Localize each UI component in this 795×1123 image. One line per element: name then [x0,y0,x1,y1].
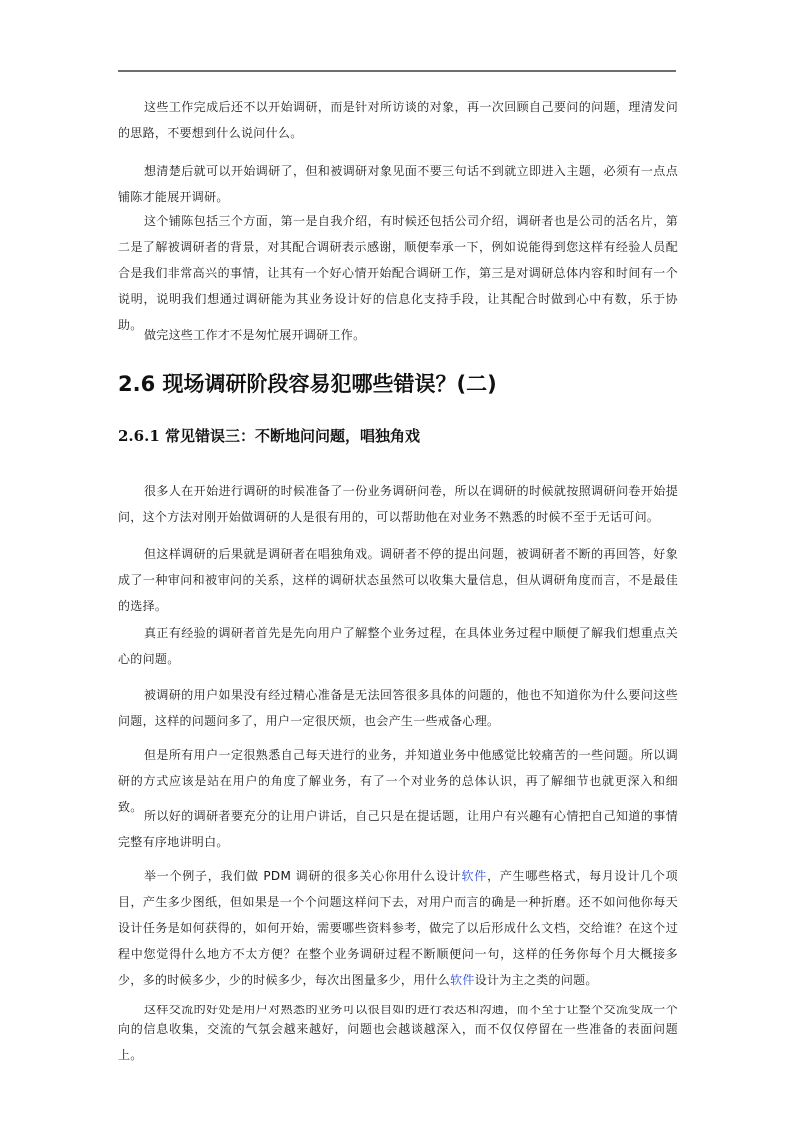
paragraph: 很多人在开始进行调研的时候准备了一份业务调研问卷，所以在调研的时候就按照调研问卷… [118,478,678,530]
paragraph: 这些工作完成后还不以开始调研，而是针对所访谈的对象，再一次回顾自己要问的问题，理… [118,94,678,146]
software-link[interactable]: 软件 [450,973,475,987]
paragraph: 被调研的用户如果没有经过精心准备是无法回答很多具体的问题的，他也不知道你为什么要… [118,682,678,734]
paragraph: 做完这些工作才不是匆忙展开调研工作。 [118,322,678,348]
paragraph: 所以好的调研者要充分的让用户讲话，自己只是在提话题，让用户有兴趣有心情把自己知道… [118,803,678,855]
section-heading: 2.6 现场调研阶段容易犯哪些错误？(二) [118,368,497,398]
subsection-heading: 2.6.1 常见错误三：不断地问问题，唱独角戏 [118,425,420,446]
example-paragraph: 举一个例子，我们做 PDM 调研的很多关心你用什么设计软件，产生哪些格式，每月设… [118,863,678,993]
pdm-term: PDM [263,869,291,883]
paragraph: 想清楚后就可以开始调研了，但和被调研对象见面不要三句话不到就立即进入主题，必须有… [118,158,678,210]
paragraph: 真正有经验的调研者首先是先向用户了解整个业务过程，在具体业务过程中顺便了解我们想… [118,620,678,672]
paragraph: 但这样调研的后果就是调研者在唱独角戏。调研者不停的提出问题，被调研者不断的再回答… [118,541,678,619]
software-link[interactable]: 软件 [462,869,488,883]
paragraph-continuation: 向的信息收集，交流的气氛会越来越好，问题也会越谈越深入，而不仅仅停留在一些准备的… [118,1016,678,1068]
header-rule [118,70,676,72]
paragraph: 这个铺陈包括三个方面，第一是自我介绍，有时候还包括公司介绍，调研者也是公司的活名… [118,208,678,338]
